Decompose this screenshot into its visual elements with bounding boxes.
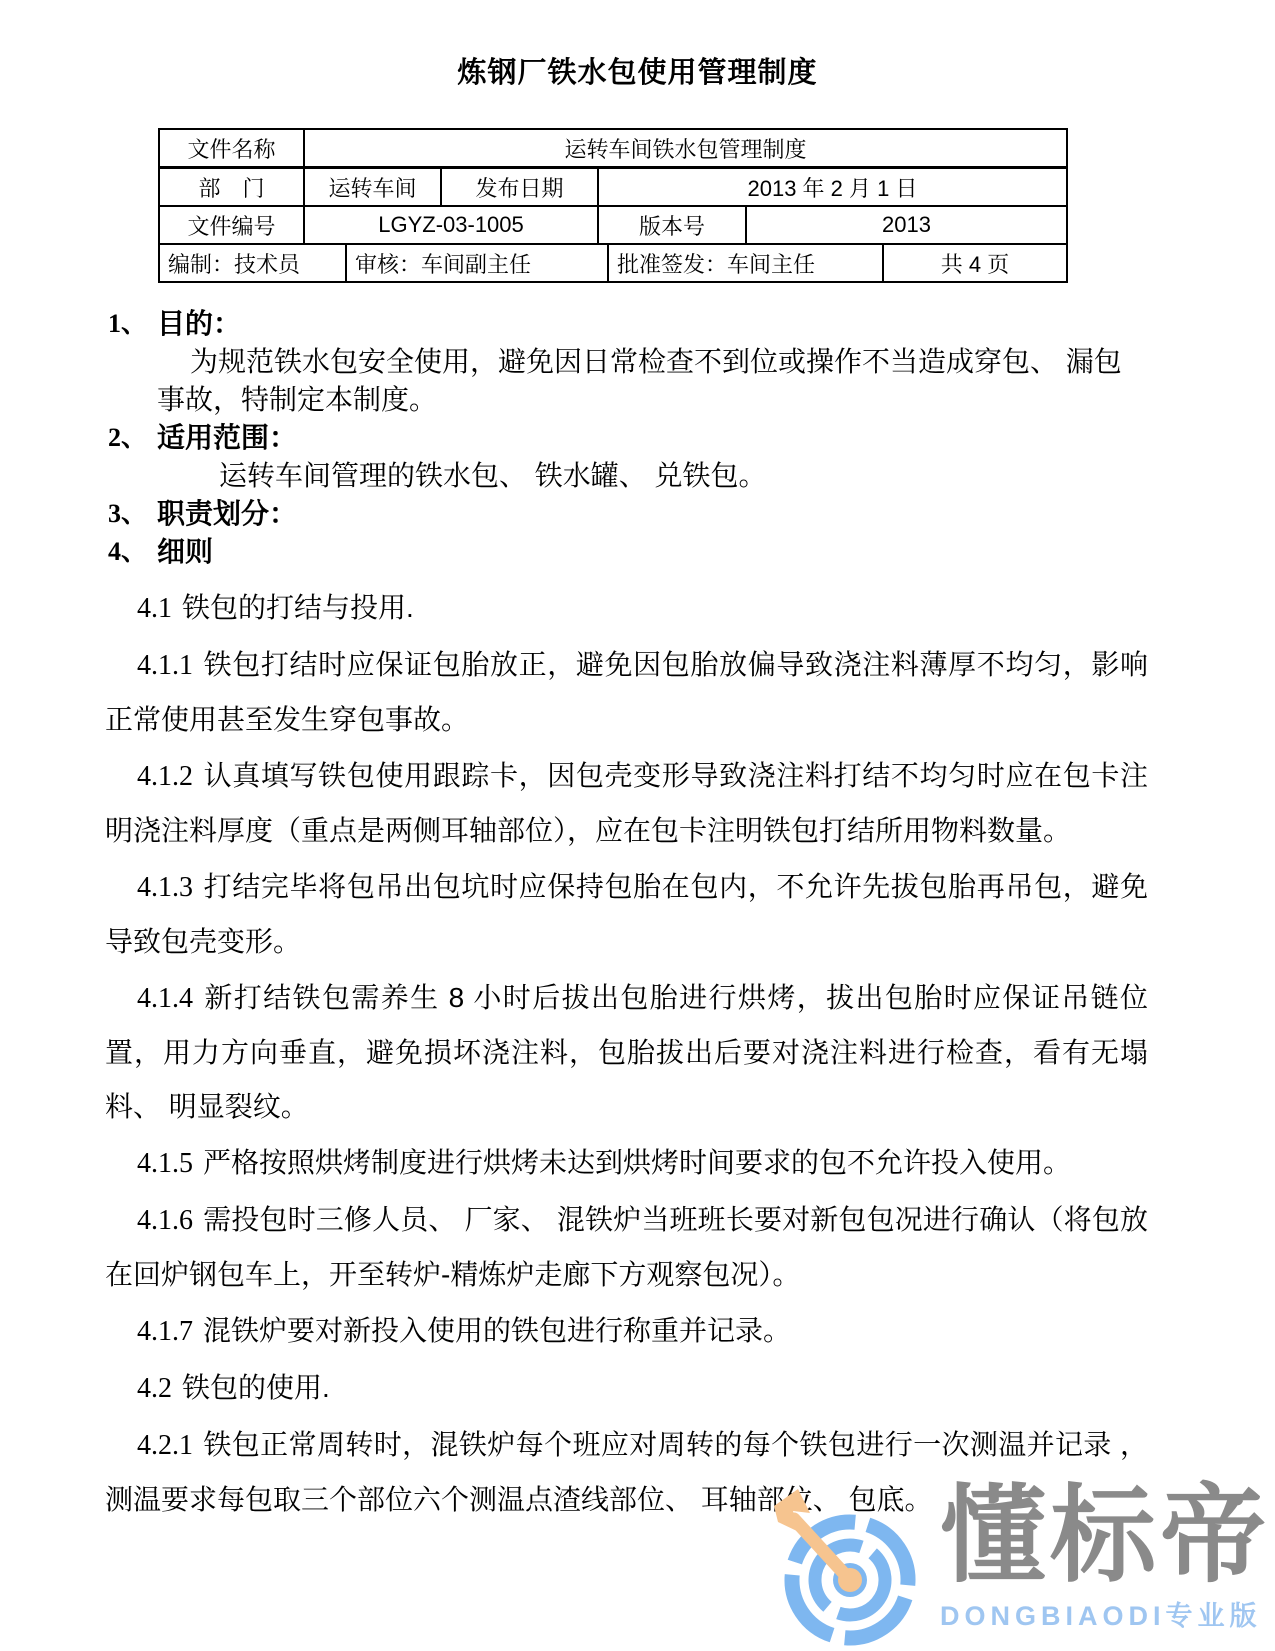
section-title: 适用范围： <box>157 422 297 453</box>
clause-paragraph: 4.1铁包的打结与投用. <box>105 581 1148 636</box>
document-page: 炼钢厂铁水包使用管理制度 文件名称 运转车间铁水包管理制度 部 门 运转车间 发… <box>0 0 1275 1651</box>
clause-paragraph: 4.2铁包的使用. <box>105 1361 1148 1416</box>
clause-text: 认真填写铁包使用跟踪卡，因包壳变形导致浇注料打结不均匀时应在包卡注明浇注料厚度（… <box>105 760 1148 846</box>
section-heading-rules: 4、 细则 <box>105 533 1148 571</box>
cell-issue-date-value: 2013 年 2 月 1 日 <box>599 169 1066 205</box>
section-heading-purpose: 1、 目的： <box>105 305 1148 343</box>
cell-file-name-value: 运转车间铁水包管理制度 <box>305 130 1066 166</box>
clause-number: 4.1.3 <box>137 872 193 903</box>
section-paragraph: 为规范铁水包安全使用，避免因日常检查不到位或操作不当造成穿包、 漏包事故，特制定… <box>105 343 1148 419</box>
cell-reviewed-by: 审核：车间副主任 <box>347 245 609 281</box>
section-title: 职责划分： <box>157 498 297 529</box>
clause-text: 打结完毕将包吊出包坑时应保持包胎在包内，不允许先拔包胎再吊包，避免导致包壳变形。 <box>105 871 1148 957</box>
clause-paragraph: 4.1.2认真填写铁包使用跟踪卡，因包壳变形导致浇注料打结不均匀时应在包卡注明浇… <box>105 749 1148 858</box>
clause-number: 4.1.6 <box>137 1205 193 1236</box>
watermark-brand: 懂标帝 <box>940 1480 1270 1592</box>
cell-version-value: 2013 <box>747 207 1066 243</box>
clause-number: 4.1.1 <box>137 650 193 681</box>
section-paragraph: 运转车间管理的铁水包、 铁水罐、 兑铁包。 <box>105 457 1148 495</box>
cell-version-label: 版本号 <box>599 207 747 243</box>
clause-paragraph: 4.1.3打结完毕将包吊出包坑时应保持包胎在包内，不允许先拔包胎再吊包，避免导致… <box>105 860 1148 969</box>
section-number: 1、 <box>108 305 147 343</box>
target-dart-icon <box>768 1486 928 1651</box>
watermark-subtitle: DONGBIAODI专业版 <box>940 1594 1270 1633</box>
clause-number: 4.1.2 <box>137 761 193 792</box>
clause-text: 混铁炉要对新投入使用的铁包进行称重并记录。 <box>203 1315 791 1346</box>
clause-text: 新打结铁包需养生 8 小时后拔出包胎进行烘烤，拔出包胎时应保证吊链位置，用力方向… <box>105 982 1148 1122</box>
cell-prepared-by: 编制：技术员 <box>160 245 347 281</box>
clause-text: 严格按照烘烤制度进行烘烤未达到烘烤时间要求的包不允许投入使用。 <box>203 1147 1071 1178</box>
cell-page-count: 共 4 页 <box>884 245 1066 281</box>
table-row: 部 门 运转车间 发布日期 2013 年 2 月 1 日 <box>160 169 1066 207</box>
clause-number: 4.1.5 <box>137 1148 193 1179</box>
clause-number: 4.2.1 <box>137 1430 193 1461</box>
clause-number: 4.1.4 <box>137 983 193 1014</box>
info-table: 文件名称 运转车间铁水包管理制度 部 门 运转车间 发布日期 2013 年 2 … <box>158 128 1068 283</box>
section-heading-responsibility: 3、 职责划分： <box>105 495 1148 533</box>
clause-text: 需投包时三修人员、 厂家、 混铁炉当班班长要对新包包况进行确认（将包放在回炉钢包… <box>105 1204 1148 1290</box>
section-number: 3、 <box>108 495 147 533</box>
clause-number: 4.1.7 <box>137 1316 193 1347</box>
clause-paragraph: 4.1.1铁包打结时应保证包胎放正，避免因包胎放偏导致浇注料薄厚不均匀，影响正常… <box>105 638 1148 747</box>
cell-department-label: 部 门 <box>160 169 305 205</box>
section-title: 细则 <box>157 536 213 567</box>
watermark-edition: 专业版 <box>1166 1601 1262 1631</box>
cell-approved-by: 批准签发：车间主任 <box>609 245 884 281</box>
clause-number: 4.1 <box>137 593 172 624</box>
clause-paragraph: 4.1.4新打结铁包需养生 8 小时后拔出包胎进行烘烤，拔出包胎时应保证吊链位置… <box>105 971 1148 1134</box>
section-number: 2、 <box>108 419 147 457</box>
cell-file-name-label: 文件名称 <box>160 130 305 166</box>
cell-issue-date-label: 发布日期 <box>442 169 599 205</box>
table-row: 文件名称 运转车间铁水包管理制度 <box>160 130 1066 169</box>
cell-doc-number-label: 文件编号 <box>160 207 305 243</box>
section-number: 4、 <box>108 533 147 571</box>
section-title: 目的： <box>157 308 241 339</box>
document-body: 1、 目的： 为规范铁水包安全使用，避免因日常检查不到位或操作不当造成穿包、 漏… <box>105 305 1148 1527</box>
clause-number: 4.2 <box>137 1373 172 1404</box>
clause-paragraph: 4.1.6需投包时三修人员、 厂家、 混铁炉当班班长要对新包包况进行确认（将包放… <box>105 1193 1148 1302</box>
cell-department-value: 运转车间 <box>305 169 442 205</box>
section-heading-scope: 2、 适用范围： <box>105 419 1148 457</box>
cell-doc-number-value: LGYZ-03-1005 <box>305 207 599 243</box>
watermark: 懂标帝 DONGBIAODI专业版 <box>768 1480 1270 1651</box>
page-title: 炼钢厂铁水包使用管理制度 <box>0 0 1275 90</box>
watermark-romanized: DONGBIAODI <box>940 1601 1166 1631</box>
clause-text: 铁包的使用. <box>182 1372 330 1403</box>
clause-text: 铁包的打结与投用. <box>182 592 414 623</box>
table-row: 编制：技术员 审核：车间副主任 批准签发：车间主任 共 4 页 <box>160 245 1066 281</box>
clause-paragraph: 4.1.7混铁炉要对新投入使用的铁包进行称重并记录。 <box>105 1304 1148 1359</box>
watermark-text: 懂标帝 DONGBIAODI专业版 <box>940 1480 1270 1633</box>
table-row: 文件编号 LGYZ-03-1005 版本号 2013 <box>160 207 1066 245</box>
clause-paragraph: 4.1.5严格按照烘烤制度进行烘烤未达到烘烤时间要求的包不允许投入使用。 <box>105 1136 1148 1191</box>
clause-list: 4.1铁包的打结与投用. 4.1.1铁包打结时应保证包胎放正，避免因包胎放偏导致… <box>105 581 1148 1527</box>
clause-text: 铁包打结时应保证包胎放正，避免因包胎放偏导致浇注料薄厚不均匀，影响正常使用甚至发… <box>105 649 1148 735</box>
